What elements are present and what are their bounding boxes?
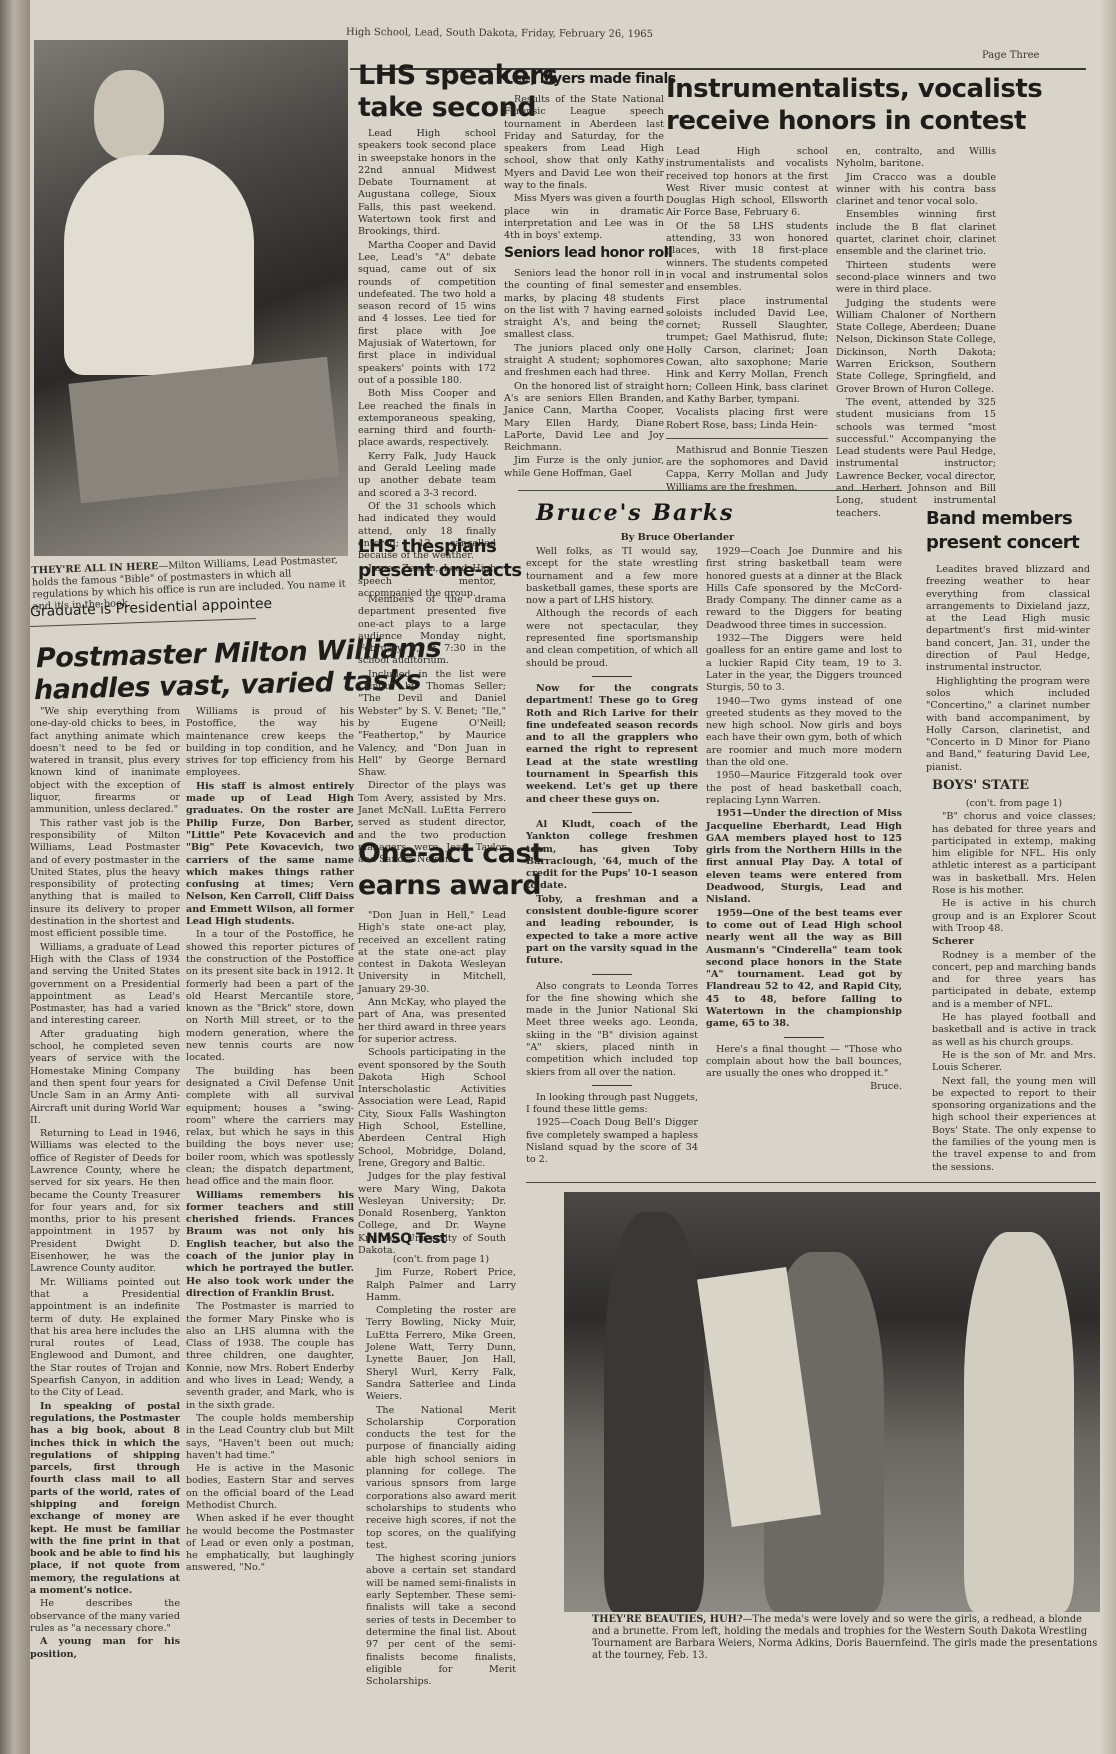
byline: By Bruce Oberlander: [526, 532, 734, 544]
separator: [592, 1085, 632, 1086]
paragraph: Next fall, the young men will be expecte…: [932, 1076, 1096, 1174]
jump-rule: [666, 438, 828, 439]
paragraph: 1951—Under the direction of Miss Jacquel…: [706, 808, 902, 906]
separator: [592, 812, 632, 813]
paragraph: On the honored list of straight A's are …: [504, 381, 664, 455]
paragraph: Lead High school instrumentalists and vo…: [666, 146, 828, 220]
paragraph: en, contralto, and Willis Nyholm, barito…: [836, 146, 996, 171]
paragraph: Jim Furze, Robert Price, Ralph Palmer an…: [366, 1267, 516, 1304]
paragraph: Both Miss Cooper and Lee reached the fin…: [358, 388, 496, 449]
paragraph: He is the son of Mr. and Mrs. Louis Sche…: [932, 1050, 1096, 1075]
honor-roll-headline: Seniors lead honor roll: [504, 246, 672, 261]
thespians-body: Members of the drama department presente…: [358, 594, 506, 868]
instrumentalists-column-1: Lead High school instrumentalists and vo…: [666, 146, 828, 495]
paragraph: Also congrats to Leonda Torres for the f…: [526, 981, 698, 1079]
paragraph: Thirteen students were second-place winn…: [836, 260, 996, 297]
paragraph: In looking through past Nuggets, I found…: [526, 1092, 698, 1117]
barks-top-rule: [518, 490, 902, 491]
paragraph: This rather vast job is the responsibili…: [30, 818, 180, 941]
paragraph: The Postmaster is married to the former …: [186, 1301, 354, 1412]
paragraph: Here's a final thought — "Those who comp…: [706, 1044, 902, 1081]
barks-byline-wrap: By Bruce Oberlander: [526, 532, 734, 546]
band-headline-1: Band members: [926, 510, 1072, 529]
paragraph: The building has been designated a Civil…: [186, 1066, 354, 1189]
lee-myers-body: Results of the State National Forensic L…: [504, 94, 664, 244]
continued-note: (con't. from page 1): [366, 1254, 516, 1266]
paragraph: 1932—The Diggers were held goalless for …: [706, 633, 902, 694]
paragraph: He is active in the Masonic bodies, East…: [186, 1463, 354, 1512]
paragraph: "B" chorus and voice classes; has debate…: [932, 811, 1096, 897]
paragraph: He describes the observance of the many …: [30, 1598, 180, 1635]
one-act-headline-2: earns award: [358, 872, 541, 900]
paragraph: 1929—Coach Joe Dunmire and his first str…: [706, 546, 902, 632]
running-head: High School, Lead, South Dakota, Friday,…: [346, 27, 653, 40]
wrestling-girls-photo: [564, 1192, 1116, 1612]
one-act-headline-1: One-act cast: [358, 840, 543, 868]
barks-column-2: 1929—Coach Joe Dunmire and his first str…: [706, 546, 902, 1095]
honor-roll-body: Seniors lead the honor roll in the count…: [504, 268, 664, 481]
paragraph: Vocalists placing first were Robert Rose…: [666, 407, 828, 432]
boys-state-headline: BOYS' STATE: [932, 778, 1029, 793]
paragraph: Completing the roster are Terry Bowling,…: [366, 1305, 516, 1403]
paragraph: 1925—Coach Doug Bell's Digger five compl…: [526, 1117, 698, 1166]
paragraph: "We ship everything from one-day-old chi…: [30, 706, 180, 817]
paragraph: Kerry Falk, Judy Hauck and Gerald Leelin…: [358, 451, 496, 500]
wrestling-photo-caption: THEY'RE BEAUTIES, HUH?—The meda's were l…: [592, 1614, 1098, 1662]
paragraph: 1940—Two gyms instead of one greeted stu…: [706, 696, 902, 770]
band-body: Leadites braved blizzard and freezing we…: [926, 564, 1090, 775]
postmaster-column-2: Williams is proud of his Postoffice, the…: [186, 706, 354, 1576]
paragraph: Mr. Williams pointed out that a Presiden…: [30, 1277, 180, 1400]
paragraph: He has played football and basketball an…: [932, 1012, 1096, 1049]
paragraph: Leadites braved blizzard and freezing we…: [926, 564, 1090, 675]
photo-book: [68, 357, 339, 504]
continued-note: (con't. from page 1): [932, 798, 1096, 810]
paragraph: Included in the list were "Xingu" by Tho…: [358, 669, 506, 780]
page-binding-shadow: [0, 0, 34, 1754]
boys-state-body: (con't. from page 1) "B" chorus and voic…: [932, 798, 1096, 1175]
paragraph: Although the records of each were not sp…: [526, 608, 698, 669]
paragraph: Al Kludt, coach of the Yankton college f…: [526, 819, 698, 893]
paragraph: Jim Cracco was a double winner with his …: [836, 172, 996, 209]
nmsq-body: (con't. from page 1) Jim Furze, Robert P…: [366, 1254, 516, 1689]
paragraph: Judging the students were William Chalon…: [836, 298, 996, 396]
paragraph: Williams is proud of his Postoffice, the…: [186, 706, 354, 780]
paragraph: Seniors lead the honor roll in the count…: [504, 268, 664, 342]
lee-myers-headline: Lee, Myers made finals: [504, 72, 676, 87]
paragraph: Williams remembers his former teachers a…: [186, 1190, 354, 1301]
paragraph: Members of the drama department presente…: [358, 594, 506, 668]
paragraph: Toby, a freshman and a consistent double…: [526, 894, 698, 968]
paragraph: A young man for his position,: [30, 1636, 180, 1661]
paragraph: Well folks, as TI would say, except for …: [526, 546, 698, 607]
one-act-body: "Don Juan in Hell," Lead High's state on…: [358, 910, 506, 1258]
instrumentalists-column-2: en, contralto, and Willis Nyholm, barito…: [836, 146, 996, 521]
separator: [784, 1037, 824, 1038]
postmaster-column-1: "We ship everything from one-day-old chi…: [30, 706, 180, 1662]
paragraph: Results of the State National Forensic L…: [504, 94, 664, 192]
paragraph: Schools participating in the event spons…: [358, 1047, 506, 1170]
instrumentalists-headline-2: receive honors in contest: [666, 108, 1026, 135]
paragraph: Jim Furze is the only junior, while Gene…: [504, 455, 664, 480]
paragraph: Ensembles winning first include the B fl…: [836, 209, 996, 258]
paragraph: His staff is almost entirely made up of …: [186, 781, 354, 929]
paragraph: Highlighting the program were solos whic…: [926, 676, 1090, 774]
paragraph: He is active in his church group and is …: [932, 898, 1096, 935]
paragraph: The juniors placed only one straight A s…: [504, 343, 664, 380]
paragraph: 1959—One of the best teams ever to come …: [706, 908, 902, 1031]
photo-girl-right: [964, 1232, 1074, 1612]
paragraph: Williams, a graduate of Lead High with t…: [30, 942, 180, 1028]
paragraph: Ann McKay, who played the part of Ana, w…: [358, 997, 506, 1046]
paragraph: Martha Cooper and David Lee, Lead's "A" …: [358, 240, 496, 388]
kicker-rule: [30, 618, 256, 627]
paragraph: In speaking of postal regulations, the P…: [30, 1401, 180, 1598]
signature: Bruce.: [706, 1081, 902, 1093]
barks-column-1: Well folks, as TI would say, except for …: [526, 546, 698, 1168]
paragraph: 1950—Maurice Fitzgerald took over the po…: [706, 770, 902, 807]
paragraph: Lead High school speakers took second pl…: [358, 128, 496, 239]
paragraph: The National Merit Scholarship Corporati…: [366, 1405, 516, 1553]
barks-headline: Bruce's Barks: [536, 500, 734, 526]
photo-girl-left: [604, 1212, 704, 1612]
paragraph: Of the 58 LHS students attending, 33 won…: [666, 221, 828, 295]
postmaster-photo: [34, 40, 348, 556]
paragraph: The highest scoring juniors above a cert…: [366, 1553, 516, 1688]
thespians-headline-1: LHS thespians: [358, 538, 496, 557]
paragraph: After graduating high school, he complet…: [30, 1029, 180, 1127]
paragraph: Mathisrud and Bonnie Tieszen are the sop…: [666, 445, 828, 494]
thespians-headline-2: present one-acts: [358, 562, 522, 581]
paragraph: The event, attended by 325 student music…: [836, 397, 996, 520]
band-headline-2: present concert: [926, 534, 1079, 553]
paragraph: Now for the congrats department! These g…: [526, 683, 698, 806]
photo-top-rule: [526, 1182, 1096, 1183]
caption-lead: THEY'RE BEAUTIES, HUH?: [592, 1614, 743, 1625]
paragraph: When asked if he ever thought he would b…: [186, 1513, 354, 1574]
instrumentalists-headline-1: Instrumentalists, vocalists: [666, 76, 1042, 103]
photo-figure-head: [94, 70, 164, 160]
paragraph: Rodney is a member of the concert, pep a…: [932, 950, 1096, 1011]
newspaper-page: High School, Lead, South Dakota, Friday,…: [30, 0, 1116, 1754]
nmsq-headline: NMSQ Test: [366, 1232, 446, 1247]
paragraph: Miss Myers was given a fourth place win …: [504, 193, 664, 242]
separator: [592, 676, 632, 677]
page-number: Page Three: [982, 50, 1039, 61]
paragraph: Returning to Lead in 1946, Williams was …: [30, 1128, 180, 1276]
photo-figure-shirt: [64, 155, 254, 375]
paragraph: The couple holds membership in the Lead …: [186, 1413, 354, 1462]
subhead: Scherer: [932, 936, 1096, 948]
paragraph: First place instrumental soloists includ…: [666, 296, 828, 407]
paragraph: "Don Juan in Hell," Lead High's state on…: [358, 910, 506, 996]
speakers-body: Lead High school speakers took second pl…: [358, 128, 496, 601]
separator: [592, 974, 632, 975]
paragraph: In a tour of the Postoffice, he showed t…: [186, 929, 354, 1064]
